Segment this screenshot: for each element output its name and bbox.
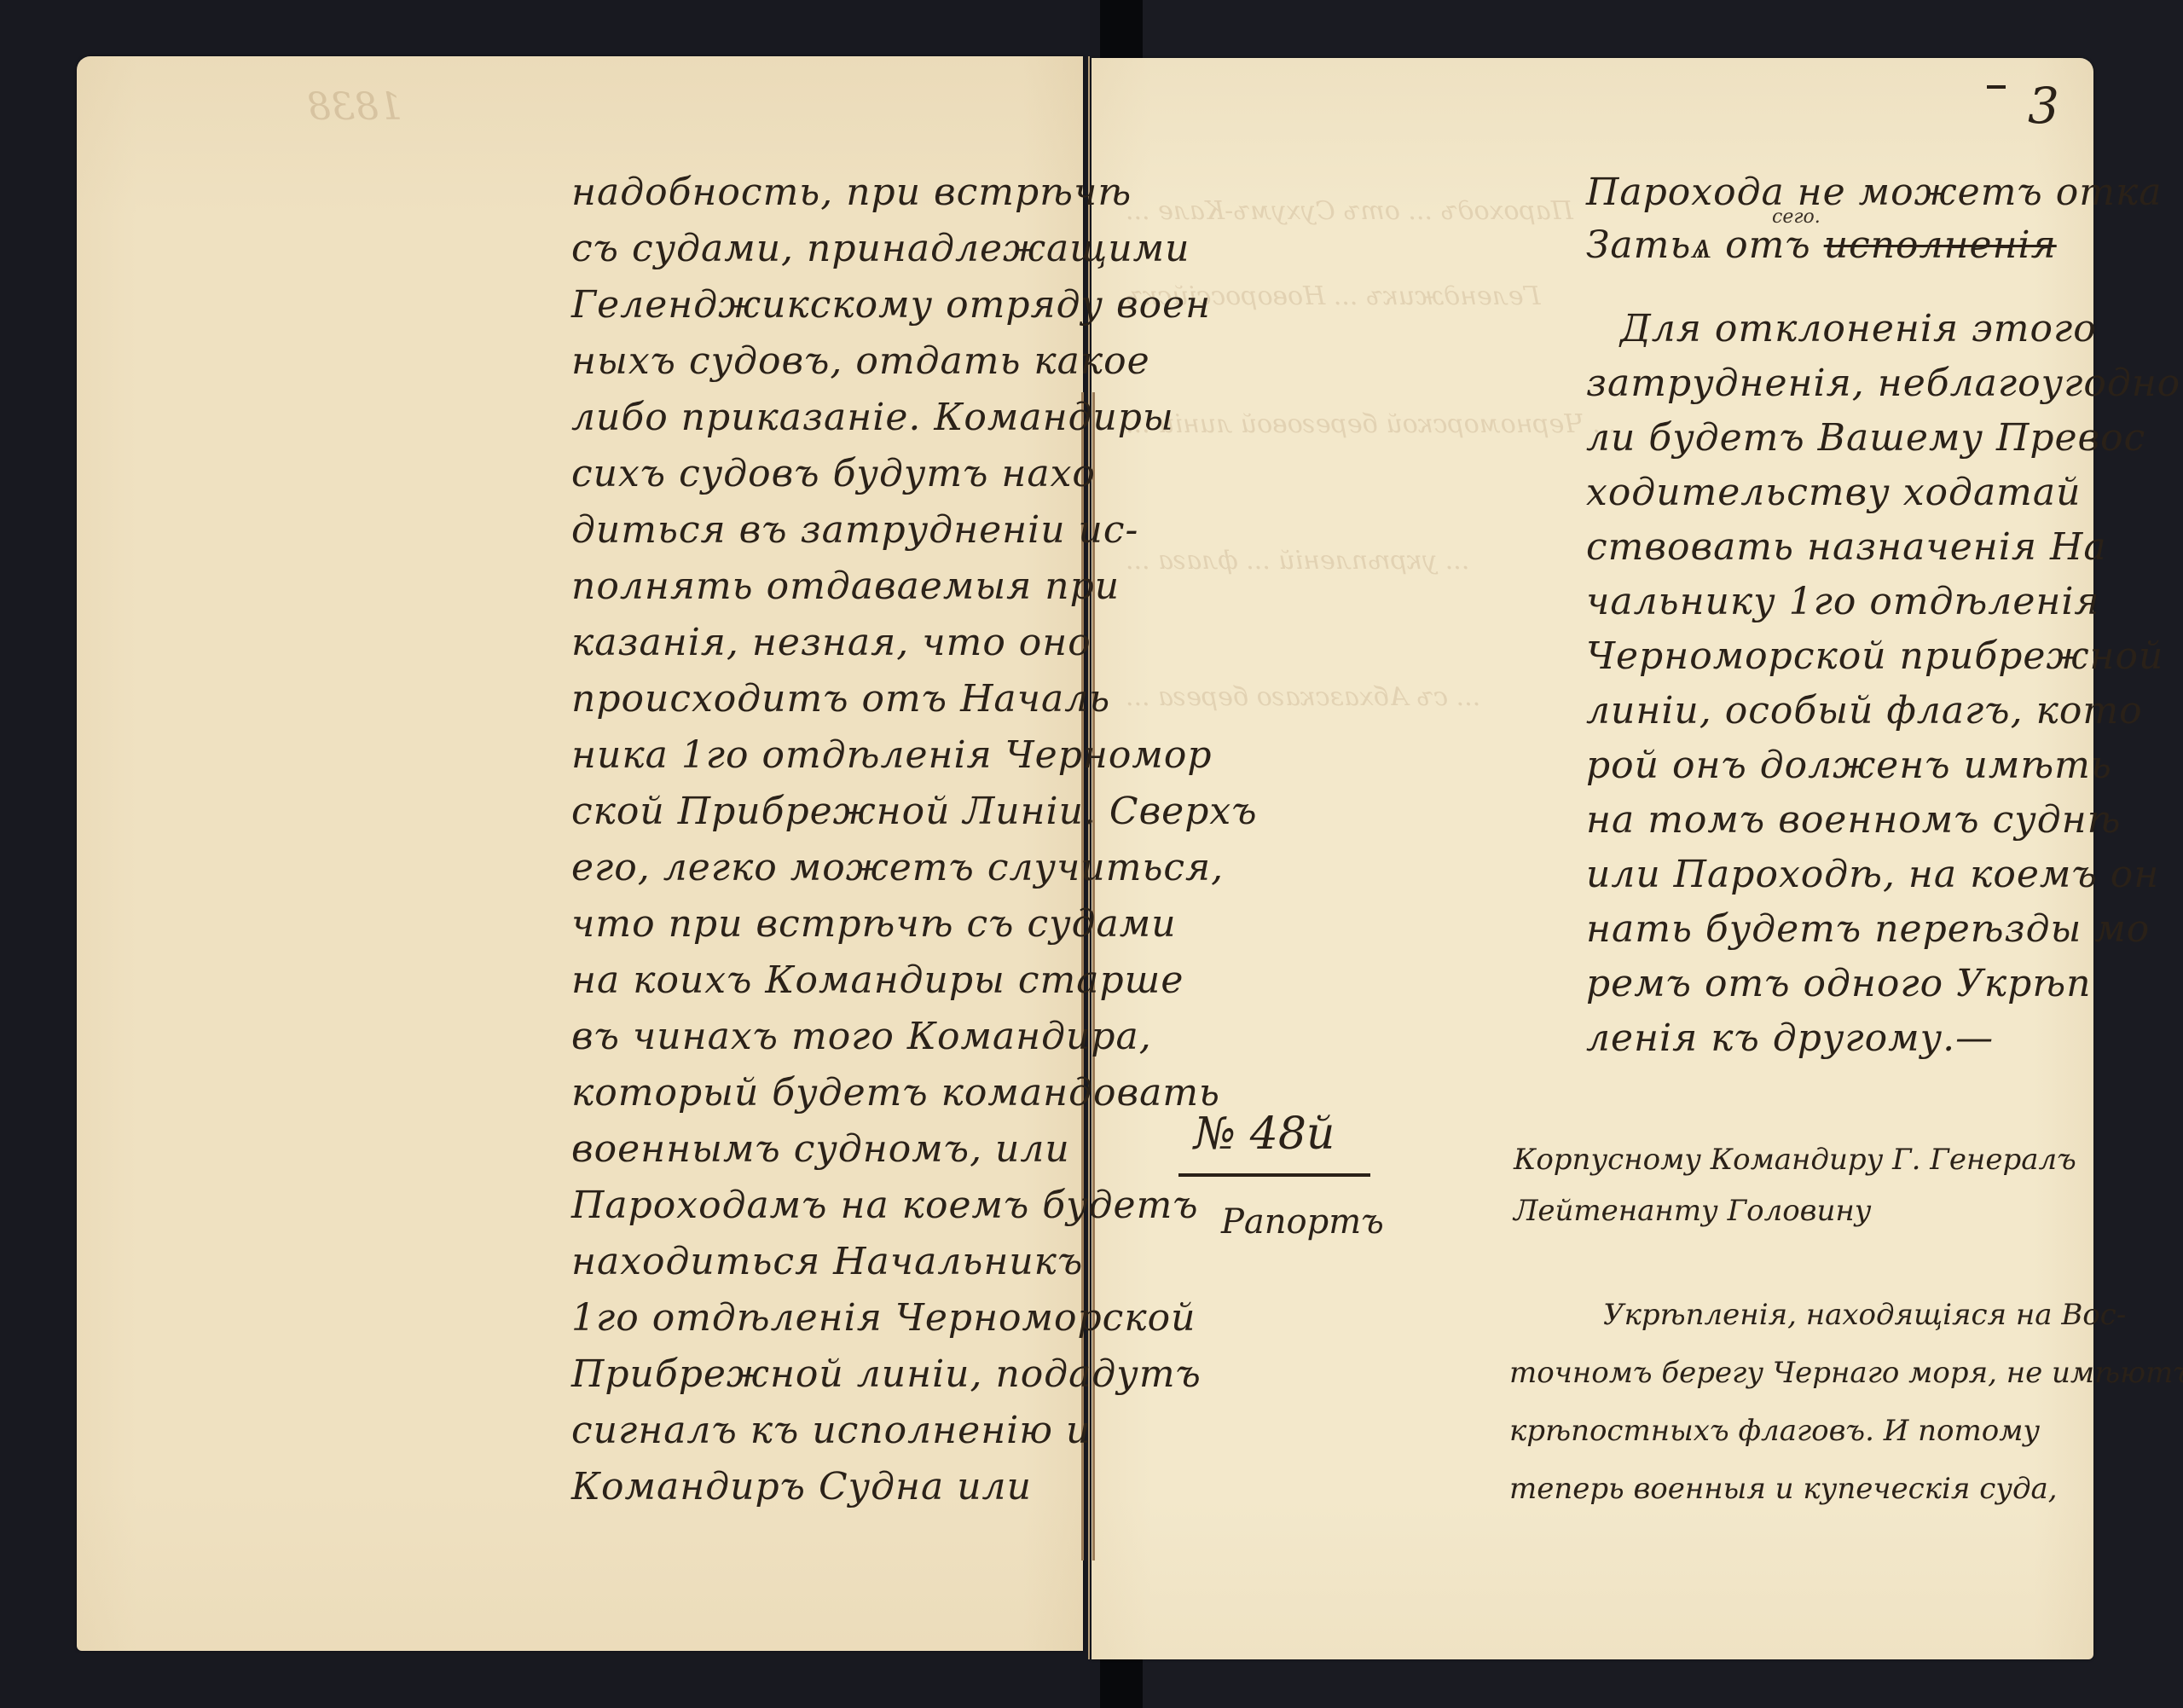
text-line: ли будетъ Вашему Превос — [1586, 416, 2145, 460]
text-line: или Пароходѣ, на коемъ он — [1586, 853, 2159, 896]
text-line: на коихъ Командиры старше — [571, 958, 1184, 1002]
text-line: ходительству ходатай — [1586, 471, 2081, 514]
text-line: военнымъ судномъ, или — [571, 1127, 1070, 1171]
text-line: ленія къ другому.— — [1586, 1016, 1994, 1060]
page-number: 3 — [2028, 77, 2059, 135]
bleed-through-text: Пароходъ ... отъ Сухумъ-Кале ... — [1126, 196, 1573, 226]
text-line: затрудненія, неблагоугодно — [1586, 362, 2180, 405]
text-line: 1го отдѣленія Черноморской — [571, 1296, 1196, 1340]
report-line: крѣпостныхъ флаговъ. И потому — [1509, 1414, 2040, 1448]
text-line: его, легко можетъ случиться, — [571, 846, 1224, 889]
strikethrough-word: исполненія — [1824, 223, 2057, 267]
bleed-through-text: ... укрѣпленій ... флага ... — [1126, 546, 1469, 576]
faint-year-marking: 1838 — [307, 85, 402, 129]
text-line: Для отклоненія этого — [1620, 307, 2097, 350]
text-line: на томъ военномъ суднѣ — [1586, 798, 2121, 842]
text-line: сихъ судовъ будутъ нахо — [571, 452, 1096, 495]
text-line: ствовать назначенія На — [1586, 525, 2107, 569]
right-page-text: Парохода не можетъ отка Затьѧ отъ исполн… — [1586, 171, 2081, 1109]
inserted-correction: сего. — [1772, 206, 1821, 228]
left-page-text: надобность, при встрѣчѣ съ судами, прина… — [571, 171, 1083, 1501]
text-line: происходитъ отъ Началь — [571, 677, 1110, 721]
document-type-label: Рапортъ — [1221, 1202, 1384, 1242]
text-line: полнять отдаваемыя при — [571, 565, 1120, 608]
text-line: Пароходамъ на коемъ будетъ — [571, 1184, 1199, 1227]
text-line: линіи, особый флагъ, кото — [1586, 689, 2143, 732]
text-line: Командиръ Судна или — [571, 1465, 1032, 1508]
text-line: чальнику 1го отдѣленія — [1586, 580, 2100, 623]
addressee-line: Лейтенанту Головину — [1514, 1194, 1872, 1228]
text-line: ныхъ судовъ, отдать какое — [571, 339, 1150, 383]
text-line: съ судами, принадлежащими — [571, 227, 1190, 270]
text-line: который будетъ командовать — [571, 1071, 1220, 1115]
page-number-dash — [1987, 85, 2006, 89]
text-line: Черноморской прибрежной — [1586, 634, 2163, 678]
text-line: Прибрежной линіи, подадутъ — [571, 1352, 1202, 1396]
text-line: въ чинахъ того Командира, — [571, 1015, 1152, 1058]
bleed-through-text: ... съ Абхазскаго берега ... — [1126, 682, 1480, 712]
text-line: ника 1го отдѣленія Черномор — [571, 733, 1213, 777]
report-line: точномъ берегу Чернаго моря, не имѣютъ — [1509, 1356, 2183, 1390]
report-line: Укрѣпленія, находящіяся на Вос- — [1603, 1298, 2126, 1332]
report-line: теперь военныя и купеческія суда, — [1509, 1472, 2058, 1506]
text-line: Парохода не можетъ отка — [1586, 171, 2162, 214]
text-fragment: Затьѧ отъ — [1586, 223, 1824, 267]
bleed-through-text: ... Черноморской береговой линіи ... — [1126, 409, 1617, 439]
text-line: Геленджикскому отряду воен — [571, 283, 1211, 327]
text-line: ской Прибрежной Линіи. Сверхъ — [571, 790, 1258, 833]
text-line: что при встрѣчѣ съ судами — [571, 902, 1177, 946]
text-line: надобность, при встрѣчѣ — [571, 171, 1132, 214]
text-line: Затьѧ отъ исполненія — [1586, 223, 2057, 267]
text-line: находиться Начальникъ — [571, 1240, 1083, 1283]
addressee-line: Корпусному Командиру Г. Генералъ — [1514, 1143, 2076, 1177]
text-line: ремъ отъ одного Укрѣп — [1586, 962, 2091, 1005]
text-line: казанія, незная, что оно — [571, 621, 1091, 664]
text-line: нать будетъ переѣзды мо — [1586, 907, 2150, 951]
document-number: № 48й — [1194, 1109, 1335, 1160]
text-line: либо приказаніе. Командиры — [571, 396, 1174, 439]
text-line: рой онъ долженъ имѣть — [1586, 744, 2112, 787]
document-number-underline — [1178, 1173, 1370, 1177]
text-line: диться въ затрудненіи ис- — [571, 508, 1138, 552]
text-line: сигналъ къ исполненію и — [571, 1409, 1091, 1452]
